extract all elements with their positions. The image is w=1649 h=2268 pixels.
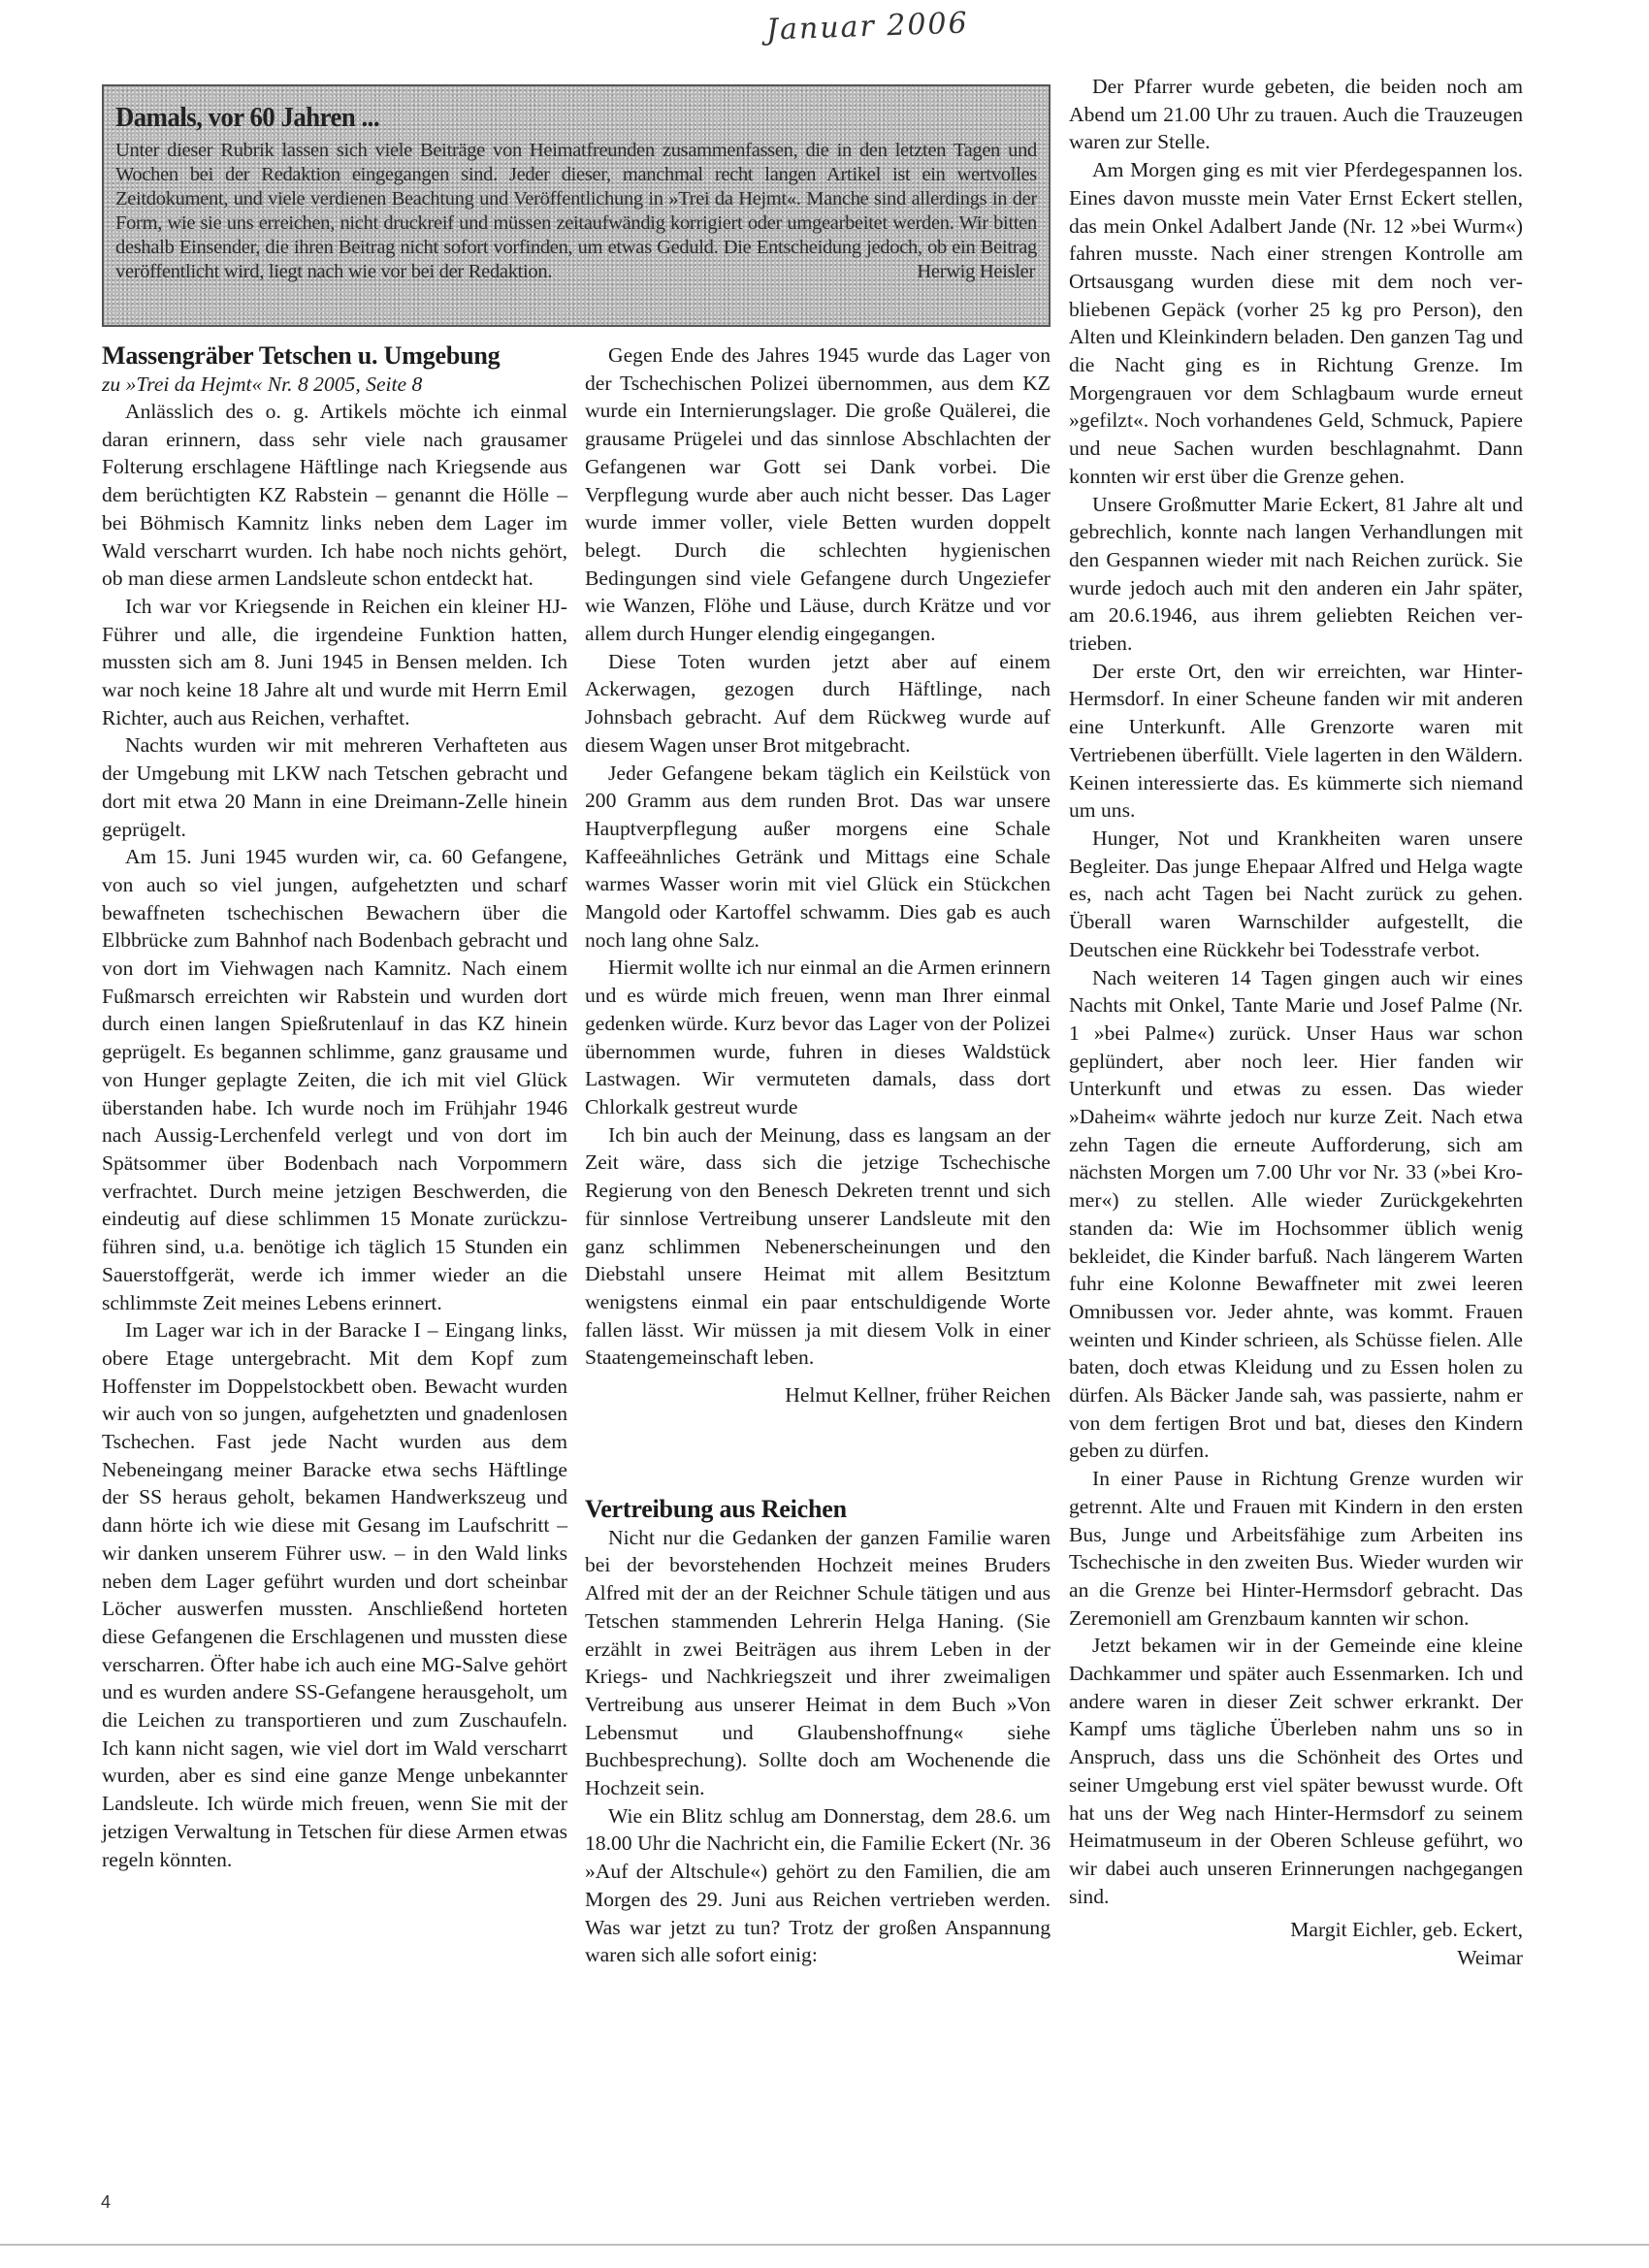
- rubric-body-text: Unter dieser Rubrik lassen sich viele Be…: [115, 140, 1037, 282]
- rubric-author: Herwig Heisler: [917, 260, 1035, 284]
- column-spacer: [585, 1409, 1051, 1495]
- column-middle: Gegen Ende des Jahres 1945 wurde das Lag…: [585, 341, 1051, 1969]
- article1-paragraph: Am 15. Juni 1945 wurden wir, ca. 60 Ge­f…: [102, 843, 567, 1316]
- article2-paragraph: Der Pfarrer wurde gebeten, die beiden no…: [1069, 73, 1523, 156]
- article2-signature-name: Margit Eichler, geb. Eckert,: [1069, 1916, 1523, 1944]
- article2-paragraph: Unsere Großmutter Marie Eckert, 81 Jah­r…: [1069, 491, 1523, 658]
- article2-paragraph: Nicht nur die Gedanken der ganzen Fami­l…: [585, 1524, 1051, 1802]
- page-number: 4: [101, 2192, 111, 2213]
- rubric-box: Damals, vor 60 Jahren ... Unter dieser R…: [102, 84, 1051, 327]
- rubric-body: Unter dieser Rubrik lassen sich viele Be…: [115, 139, 1037, 284]
- article2-paragraph: In einer Pause in Richtung Grenze wurden…: [1069, 1465, 1523, 1632]
- article1-paragraph: Diese Toten wurden jetzt aber auf einem …: [585, 648, 1051, 760]
- column-right: Der Pfarrer wurde gebeten, die beiden no…: [1069, 73, 1523, 1972]
- article1-title: Massengräber Tetschen u. Umgebung: [102, 341, 567, 371]
- article1-subtitle: zu »Trei da Hejmt« Nr. 8 2005, Seite 8: [102, 371, 567, 398]
- article1-paragraph: Ich bin auch der Meinung, dass es lang­s…: [585, 1121, 1051, 1372]
- article1-signature: Helmut Kellner, früher Reichen: [585, 1381, 1051, 1409]
- article1-paragraph: Ich war vor Kriegsende in Reichen ein kl…: [102, 593, 567, 732]
- article2-paragraph: Jetzt bekamen wir in der Gemeinde eine k…: [1069, 1632, 1523, 1910]
- article1-paragraph: Hiermit wollte ich nur einmal an die Ar­…: [585, 954, 1051, 1120]
- article1-paragraph: Anlässlich des o. g. Artikels möchte ich…: [102, 398, 567, 593]
- article2-signature-place: Weimar: [1069, 1944, 1523, 1972]
- article1-paragraph: Nachts wurden wir mit mehreren Verhaf­te…: [102, 731, 567, 843]
- article1-paragraph: Gegen Ende des Jahres 1945 wurde das Lag…: [585, 341, 1051, 648]
- article1-paragraph: Im Lager war ich in der Baracke I – Ein­…: [102, 1316, 567, 1873]
- article2-paragraph: Am Morgen ging es mit vier Pferdege­span…: [1069, 156, 1523, 490]
- article1-paragraph: Jeder Gefangene bekam täglich ein Keil­s…: [585, 760, 1051, 955]
- article2-paragraph: Nach weiteren 14 Tagen gingen auch wir e…: [1069, 964, 1523, 1466]
- article2-paragraph: Hunger, Not und Krankheiten waren un­ser…: [1069, 825, 1523, 964]
- article2-paragraph: Wie ein Blitz schlug am Donnerstag, dem …: [585, 1802, 1051, 1969]
- rubric-title: Damals, vor 60 Jahren ...: [115, 100, 963, 135]
- article2-paragraph: Der erste Ort, den wir erreichten, war H…: [1069, 658, 1523, 825]
- article2-title: Vertreibung aus Reichen: [585, 1495, 1051, 1524]
- scan-bottom-edge: [0, 2244, 1649, 2246]
- column-left: Massengräber Tetschen u. Umgebung zu »Tr…: [102, 341, 567, 1873]
- handwritten-date-note: Januar 2006: [765, 6, 969, 47]
